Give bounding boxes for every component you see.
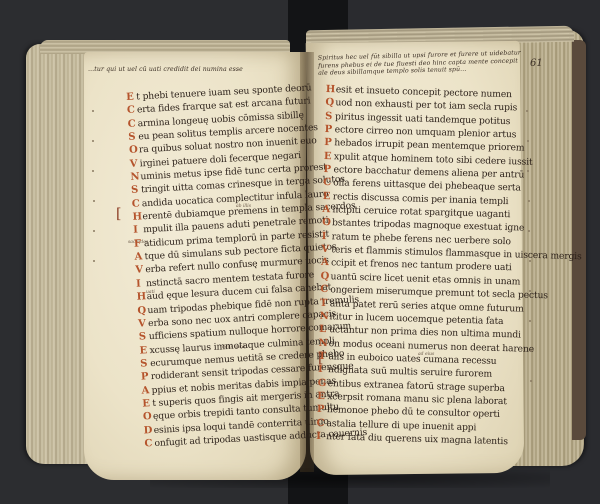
pricking-mark [528,200,530,202]
rubricated-initial: C [132,198,143,210]
pricking-mark [529,290,531,292]
rubricated-initial: C [127,118,138,130]
rubricated-initial: N [319,311,329,322]
rubricated-initial: V [321,244,331,255]
rubricated-initial: S [131,185,142,197]
rubricated-initial: Q [325,97,335,108]
rubricated-initial: T [320,297,330,308]
rubricated-initial: N [319,337,329,348]
folio-number: 61 [530,58,543,69]
rubricated-initial: S [139,331,150,343]
rubricated-initial: E [142,398,153,410]
rubricated-initial: E [324,151,334,162]
rubricated-initial: V [138,318,149,330]
pricking-mark [93,260,95,262]
rubricated-initial: E [139,345,150,357]
rubricated-initial: C [316,417,326,428]
pricking-mark [92,140,94,142]
rubricated-initial: O [129,145,140,157]
rubricated-initial: A [321,257,331,268]
pricking-mark [527,170,529,172]
rubricated-initial: P [325,124,335,135]
rubricated-initial: S [128,131,139,143]
rubricated-initial: E [323,191,333,202]
rubricated-initial: P [324,137,334,148]
rubricated-initial: P [141,371,152,383]
rubricated-initial: N [130,171,141,183]
pricking-mark [526,110,528,112]
rubricated-initial: G [317,377,327,388]
rubricated-initial: C [127,105,138,117]
rubricated-initial: C [144,438,155,450]
rubricated-initial: A [134,251,145,263]
rubricated-initial: E [126,91,137,103]
manuscript-codex: …tur qui ut uel cū uati credidit dei num… [0,0,600,504]
rubricated-initial: V [129,158,140,170]
left-text-column: Et phebi tenuere iuam seu sponte deorū C… [126,83,325,452]
pricking-mark [529,320,531,322]
rubricated-initial: C [320,284,330,295]
pricking-mark [92,110,94,112]
paragraph-bracket-mark: [ [116,206,121,222]
rubricated-initial: S [140,358,151,370]
pricking-mark [93,200,95,202]
rubricated-initial: I [316,431,326,442]
rubricated-initial: Q [137,305,148,317]
rubricated-initial: H [132,211,143,223]
pricking-mark [530,350,532,352]
rubricated-initial: V [135,265,146,277]
rubricated-initial: L [319,324,329,335]
rubricated-initial: C [323,177,333,188]
rubricated-initial: O [322,217,332,228]
rubricated-initial: H [326,84,336,95]
pricking-mark [530,380,532,382]
rubricated-initial: P [317,404,327,415]
pricking-mark [92,170,94,172]
rubricated-initial: S [325,111,335,122]
right-text-column: Hesit et insueto concepit pectore numen … [316,84,504,449]
pricking-mark [527,140,529,142]
rubricated-initial: I [133,225,144,237]
pricking-mark [529,260,531,262]
rubricated-initial: H [136,291,147,303]
rubricated-initial: I [136,278,147,290]
rubricated-initial: E [317,391,327,402]
rubricated-initial: I [322,231,332,242]
rubricated-initial: P [323,164,333,175]
pricking-mark [528,230,530,232]
binding-cover-edge [572,40,586,440]
pricking-mark [93,230,95,232]
rubricated-initial: I [318,364,328,375]
rubricated-initial: O [143,411,154,423]
rubricated-initial: A [141,385,152,397]
rubricated-initial: A [322,204,332,215]
rubricated-initial: F [134,238,145,250]
rubricated-initial: T [318,351,328,362]
rubricated-initial: D [143,425,154,437]
rubricated-initial: Q [320,271,330,282]
left-running-head: …tur qui ut uel cū uati credidit dei num… [88,66,243,73]
